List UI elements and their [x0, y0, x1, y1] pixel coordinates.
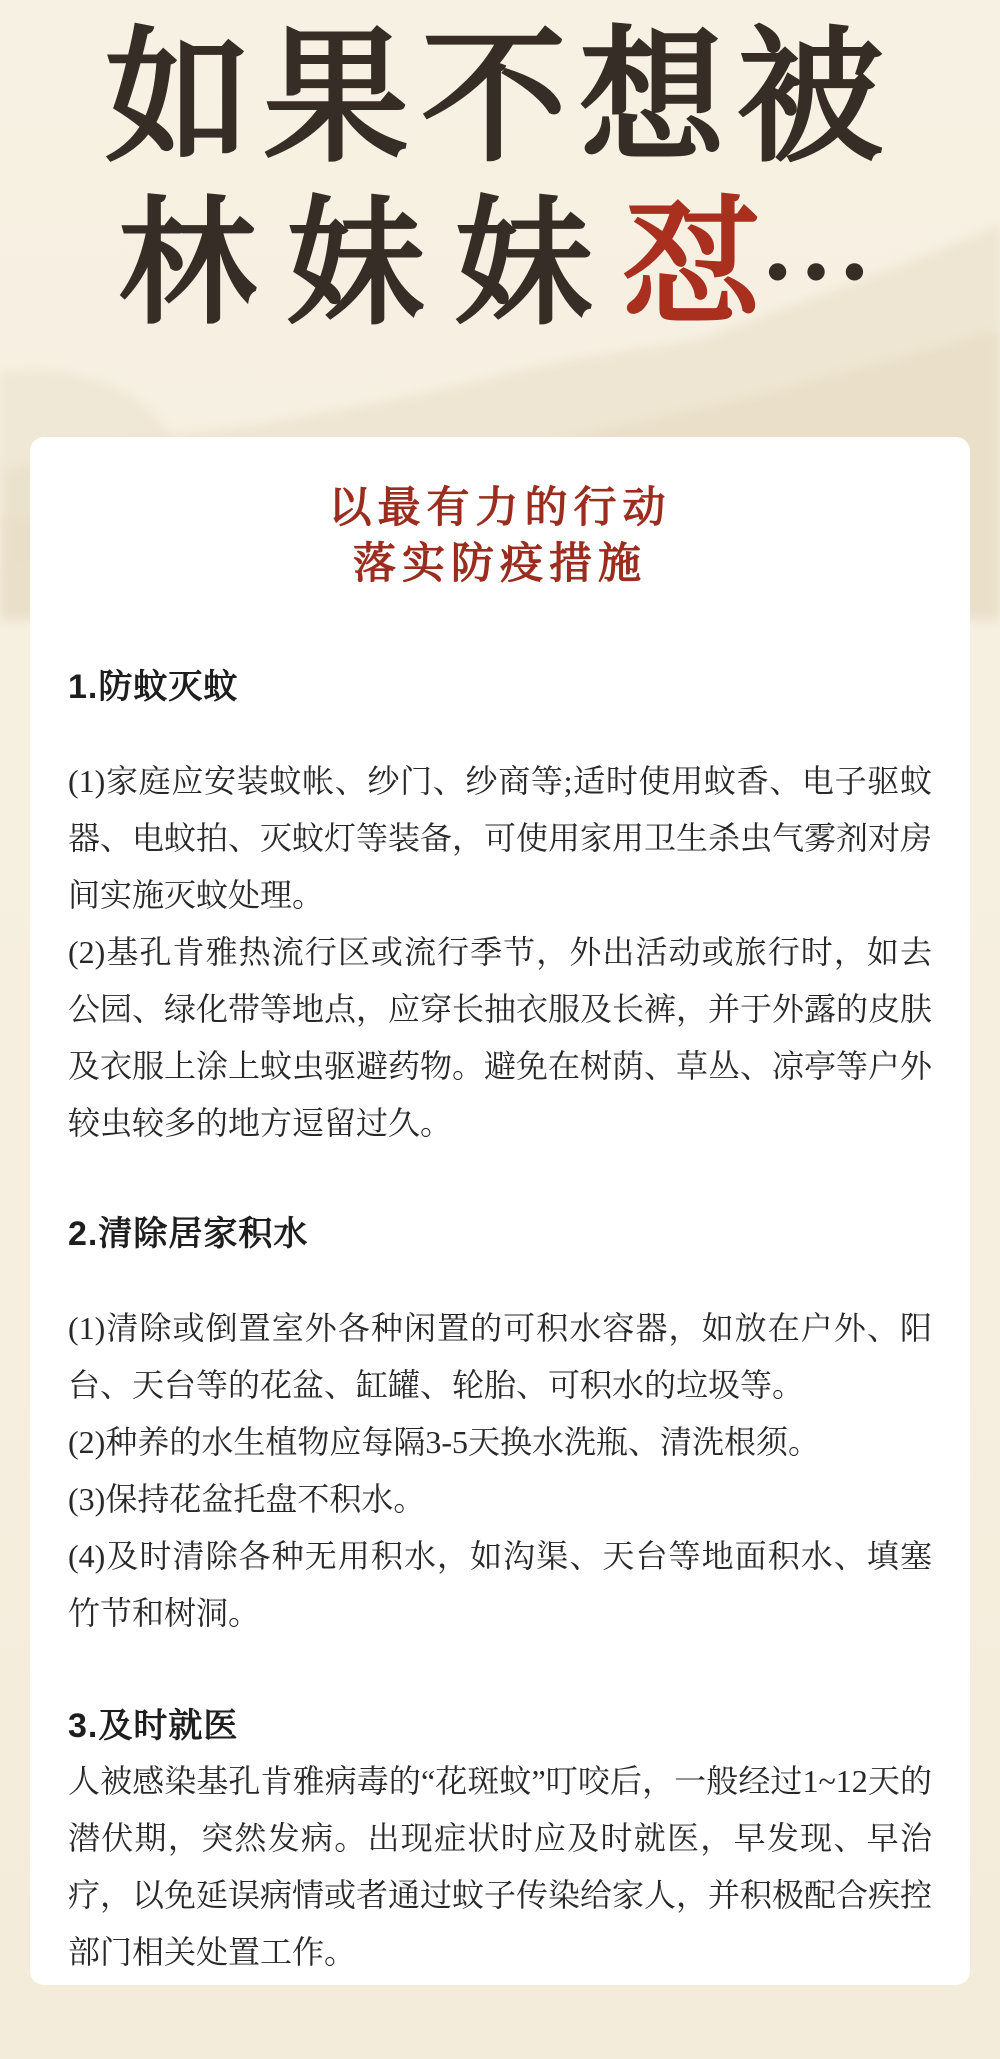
title-accent-char: 怼 — [622, 188, 766, 341]
card-heading-line2: 落实防疫措施 — [68, 537, 932, 593]
section-3-heading: 3.及时就医 — [68, 1704, 932, 1748]
section-2-paragraph-2: (2)种养的水生植物应每隔3-5天换水洗瓶、清洗根须。 — [68, 1414, 932, 1471]
section-2-paragraph-3: (3)保持花盆托盘不积水。 — [68, 1471, 932, 1528]
section-1-paragraph-2: (2)基孔肯雅热流行区或流行季节，外出活动或旅行时，如去公园、绿化带等地点，应穿… — [68, 924, 932, 1152]
poster-title: 如果不想被 林妹妹怼••• — [0, 26, 1000, 334]
section-2-heading: 2.清除居家积水 — [68, 1212, 932, 1256]
section-1-paragraph-1: (1)家庭应安装蚊帐、纱门、纱商等;适时使用蚊香、电子驱蚊器、电蚊拍、灭蚊灯等装… — [68, 753, 932, 924]
title-line1: 如果不想被 — [0, 26, 1000, 172]
title-line2-text: 林妹妹 — [118, 188, 622, 341]
title-line2: 林妹妹怼••• — [0, 196, 1000, 334]
card-heading-line1: 以最有力的行动 — [68, 481, 932, 537]
section-3-paragraph-1: 人被感染基孔肯雅病毒的“花斑蚊”叮咬后，一般经过1~12天的潜伏期，突然发病。出… — [68, 1753, 932, 1981]
card-heading: 以最有力的行动 落实防疫措施 — [68, 481, 932, 593]
title-ellipsis-dots: ••• — [766, 240, 881, 304]
section-2-paragraph-4: (4)及时清除各种无用积水，如沟渠、天台等地面积水、填塞竹节和树洞。 — [68, 1528, 932, 1642]
content-card: 以最有力的行动 落实防疫措施 1.防蚊灭蚊 (1)家庭应安装蚊帐、纱门、纱商等;… — [30, 437, 970, 1985]
section-2-paragraph-1: (1)清除或倒置室外各种闲置的可积水容器，如放在户外、阳台、天台等的花盆、缸罐、… — [68, 1300, 932, 1414]
section-1-heading: 1.防蚊灭蚊 — [68, 665, 932, 709]
poster: 如果不想被 林妹妹怼••• 以最有力的行动 落实防疫措施 1.防蚊灭蚊 (1)家… — [0, 0, 1000, 2059]
